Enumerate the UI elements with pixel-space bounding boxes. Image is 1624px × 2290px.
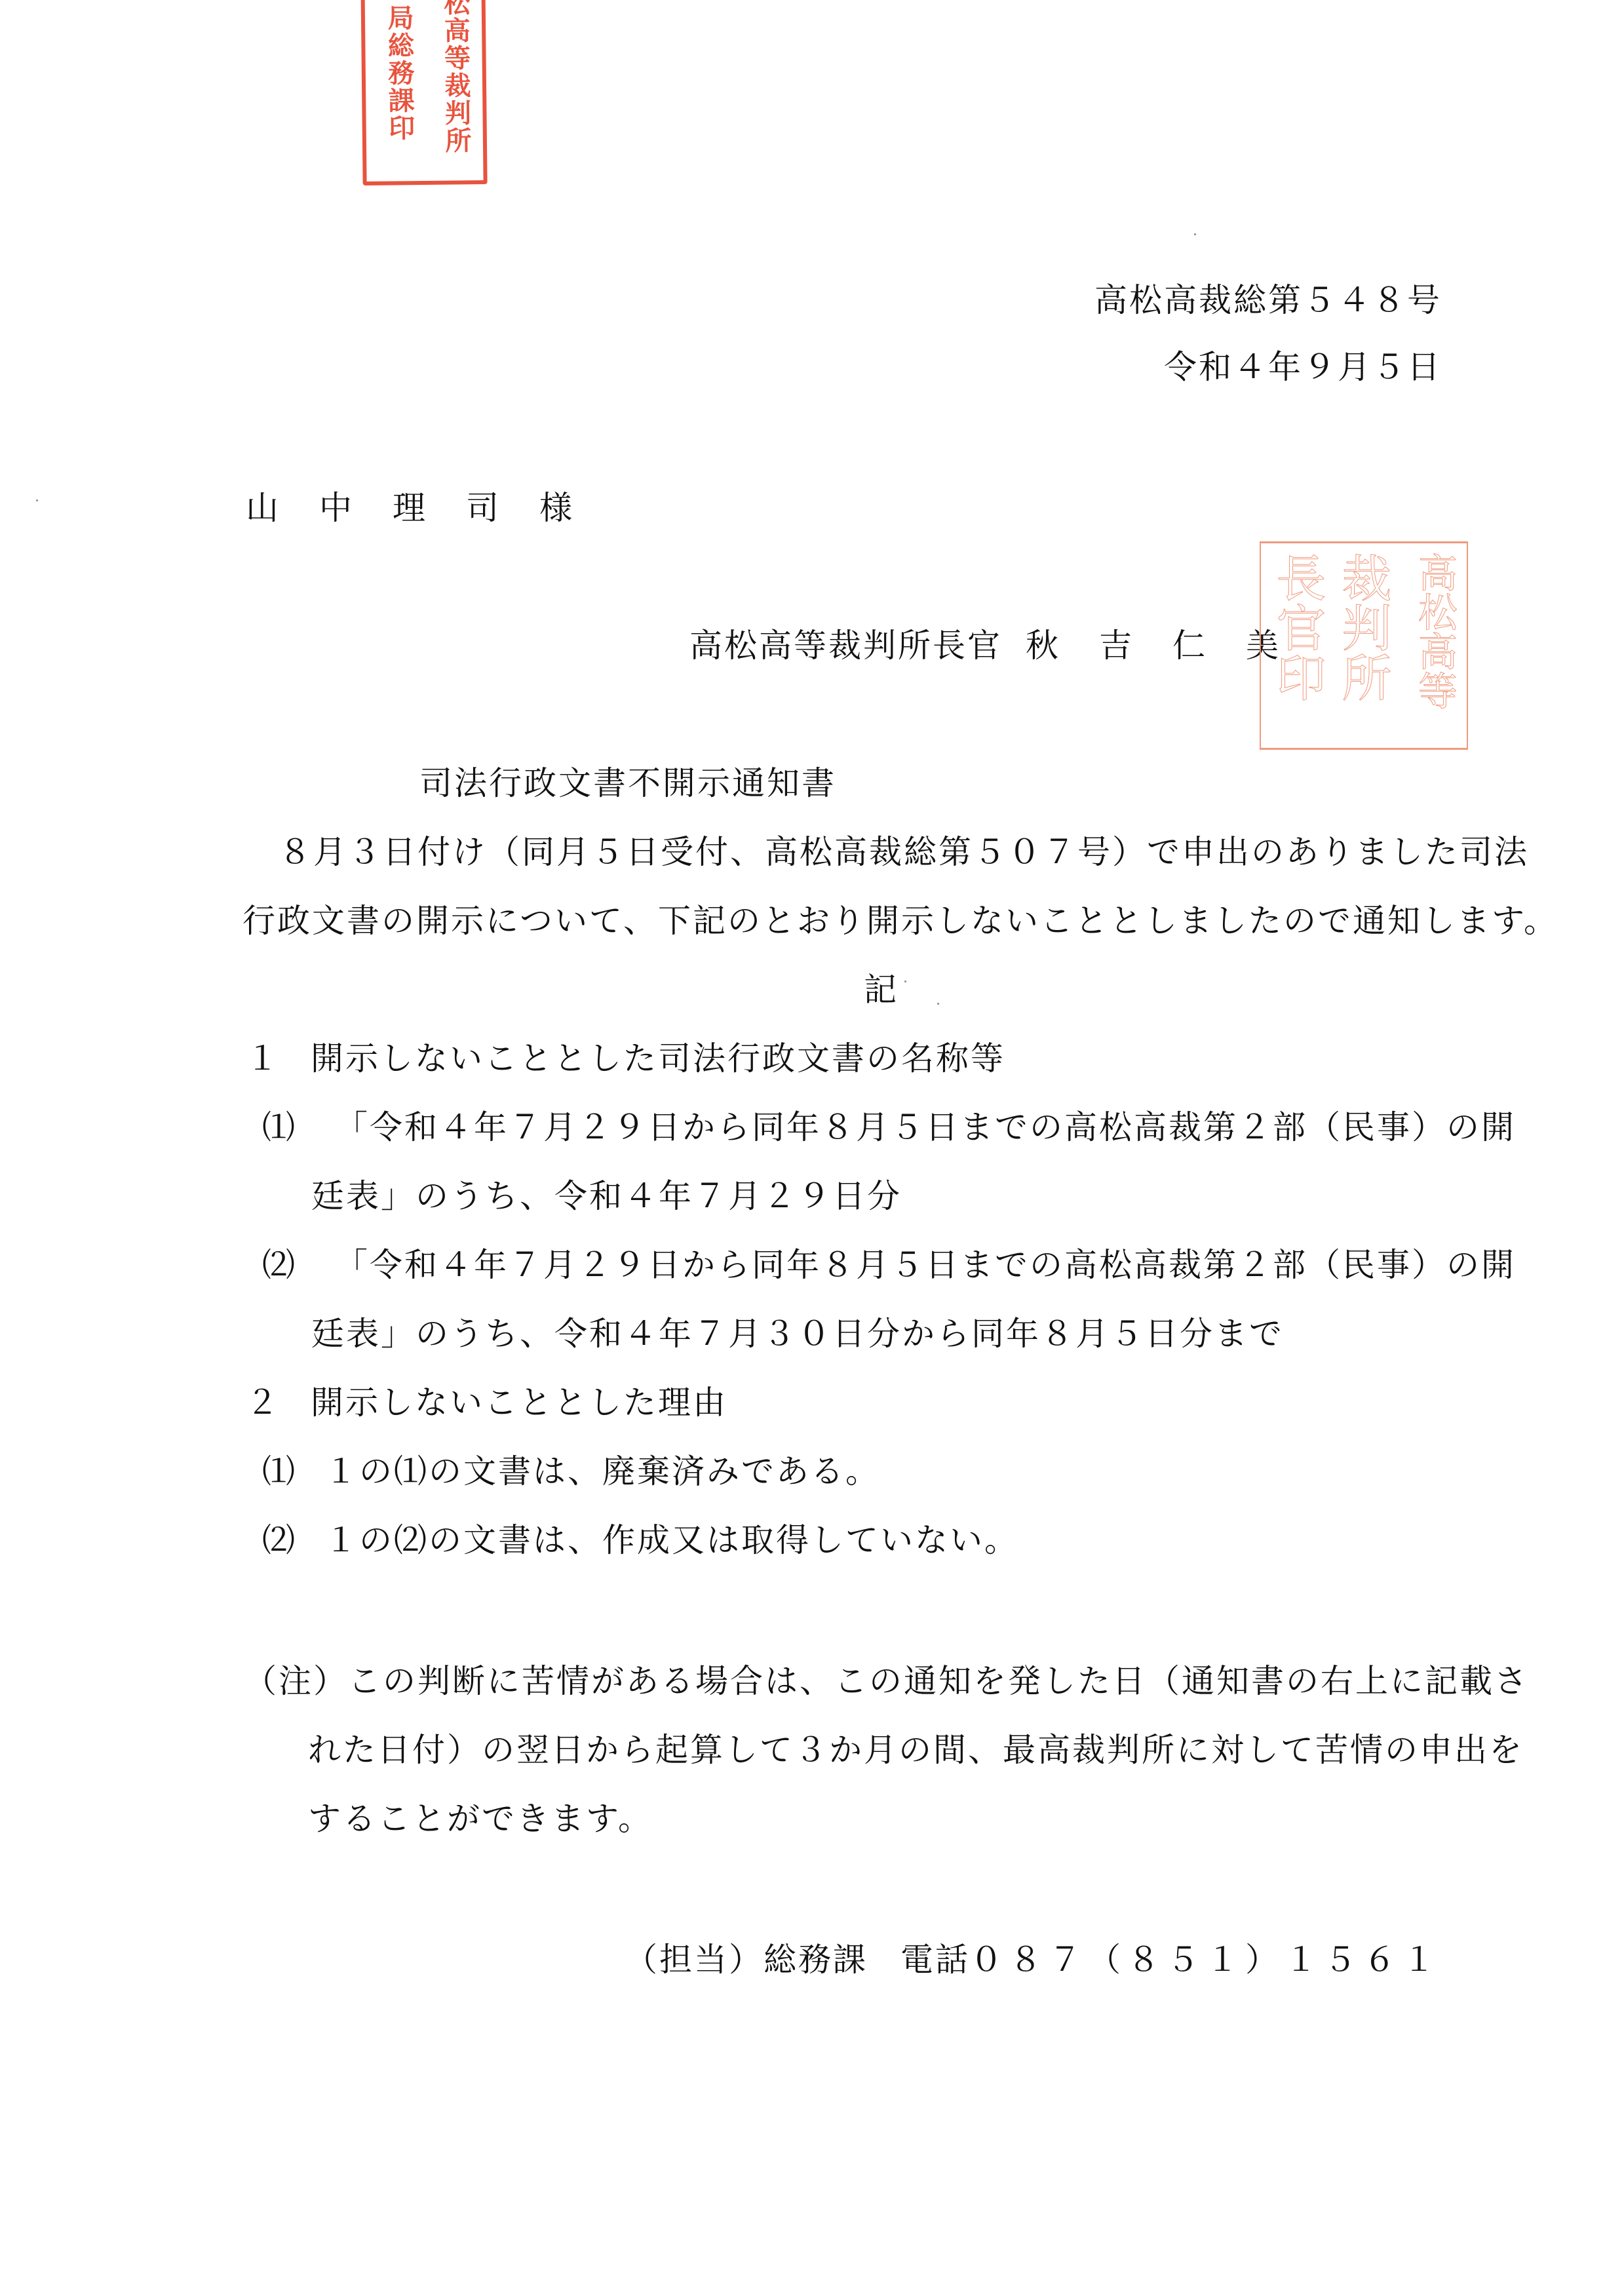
contact-line: （担当）総務課電話０８７（８５１）１５６１	[625, 1940, 1442, 1979]
contact-department: （担当）総務課	[625, 1941, 868, 1979]
seal-column-1: 高松高等	[1399, 553, 1458, 710]
item-label: ⑵	[262, 1521, 297, 1559]
section-2-number: ２	[246, 1384, 280, 1422]
sender-signature: 高松高等裁判所長官秋 吉 仁 美	[689, 626, 1283, 665]
intro-line-1: ８月３日付け（同月５日受付、高松高裁総第５０７号）で申出のありました司法	[279, 832, 1529, 872]
contact-phone: ０８７（８５１）１５６１	[970, 1941, 1442, 1979]
document-date: 令和４年９月５日	[1164, 347, 1442, 387]
document-number: 高松高裁総第５４８号	[1094, 281, 1442, 320]
section-1-item-2-cont: 廷表」のうち、令和４年７月３０日分から同年８月５日分まで	[311, 1314, 1284, 1353]
item-label: ⑴	[262, 1108, 297, 1146]
office-seal-stamp: 松高等裁判所 局総務課印	[360, 0, 487, 185]
item-label: ⑵	[262, 1246, 297, 1284]
intro-line-2: 行政文書の開示について、下記のとおり開示しないこととしましたので通知します。	[242, 901, 1558, 941]
note-text: この判断に苦情がある場合は、この通知を発した日（通知書の右上に記載さ	[348, 1662, 1529, 1700]
item-text: 「令和４年７月２９日から同年８月５日までの高松高裁第２部（民事）の開	[335, 1246, 1516, 1284]
section-1-item-2: ⑵「令和４年７月２９日から同年８月５日までの高松高裁第２部（民事）の開	[262, 1245, 1516, 1285]
addressee: 山 中 理 司 様	[246, 488, 576, 528]
section-1-item-1-cont: 廷表」のうち、令和４年７月２９日分	[311, 1176, 902, 1216]
item-text: １の⑴の文書は、廃棄済みである。	[324, 1452, 880, 1490]
section-1-title: 開示しないこととした司法行政文書の名称等	[311, 1039, 1005, 1077]
official-square-seal: 高松高等 裁判所 長官印	[1260, 541, 1468, 750]
scan-speck	[937, 1003, 939, 1005]
section-2-item-1: ⑴１の⑴の文書は、廃棄済みである。	[262, 1452, 880, 1491]
contact-phone-label: 電話	[900, 1941, 970, 1979]
office-seal-left-column: 局総務課印	[381, 4, 415, 142]
scan-speck	[36, 499, 38, 501]
note-line-1: （注）この判断に苦情がある場合は、この通知を発した日（通知書の右上に記載さ	[244, 1661, 1529, 1701]
seal-column-3: 長官印	[1269, 553, 1328, 702]
item-text: 「令和４年７月２９日から同年８月５日までの高松高裁第２部（民事）の開	[335, 1108, 1516, 1146]
scan-speck	[904, 980, 906, 982]
note-line-2: れた日付）の翌日から起算して３か月の間、最高裁判所に対して苦情の申出を	[308, 1730, 1524, 1770]
section-2-title: 開示しないこととした理由	[311, 1384, 727, 1422]
seal-column-2: 裁判所	[1334, 553, 1393, 702]
section-1-item-1: ⑴「令和４年７月２９日から同年８月５日までの高松高裁第２部（民事）の開	[262, 1108, 1516, 1147]
scan-speck	[1194, 233, 1196, 235]
ki-heading: 記	[864, 970, 899, 1009]
item-text: １の⑵の文書は、作成又は取得していない。	[324, 1521, 1019, 1559]
section-1-number: １	[246, 1039, 280, 1077]
note-label: （注）	[244, 1662, 348, 1700]
note-line-3: することができます。	[308, 1799, 653, 1838]
office-seal-right-column: 松高等裁判所	[437, 0, 472, 155]
section-1-heading: １開示しないこととした司法行政文書の名称等	[246, 1039, 1005, 1078]
document-title: 司法行政文書不開示通知書	[419, 764, 836, 803]
section-2-heading: ２開示しないこととした理由	[246, 1383, 727, 1422]
sender-name: 秋 吉 仁 美	[1026, 627, 1283, 665]
section-2-item-2: ⑵１の⑵の文書は、作成又は取得していない。	[262, 1521, 1019, 1560]
sender-title: 高松高等裁判所長官	[689, 627, 1002, 665]
item-label: ⑴	[262, 1452, 297, 1490]
